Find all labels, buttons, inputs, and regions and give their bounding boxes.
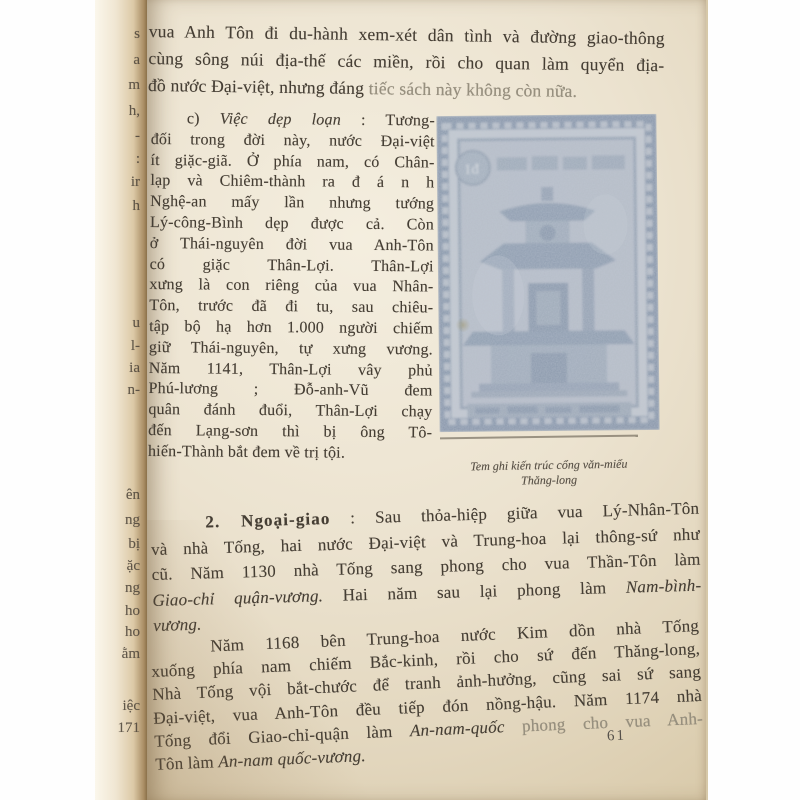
text-run: Hai năm sau lại phong làm <box>323 577 626 604</box>
text-run: Tôn làm <box>155 752 219 774</box>
stamp-caption-line2: Thăng-long <box>424 471 674 490</box>
text-run: đến Lạng-sơn thì bị ông Tô- <box>148 422 432 441</box>
text-run: cùng sông núi địa-thế các miền, rồi cho … <box>148 48 664 75</box>
text-line: lạp và Chiêm-thành ra đ á n h <box>150 171 434 194</box>
text-run: có giặc Thân-Lợi. Thân-Lợi <box>150 256 434 275</box>
page-edge-text-fragment: a <box>133 52 140 69</box>
text-run: Giao-chỉ quận-vương. <box>152 586 323 610</box>
page-edge-text-fragment: h <box>133 198 141 215</box>
text-line: Nghệ-an mấy lần nhưng tướng <box>150 192 434 215</box>
text-run: vua Anh Tôn đi du-hành xem-xét dân tình … <box>149 21 665 48</box>
text-run: quân đánh đuổi, Thân-Lợi chạy <box>148 401 432 420</box>
paragraph-top: vua Anh Tôn đi du-hành xem-xét dân tình … <box>148 18 665 106</box>
text-run: Lý-công-Bình dẹp được cả. Còn <box>150 214 434 233</box>
text-run: Năm 1141, Thân-Lợi vây phủ <box>149 360 433 379</box>
text-run: Nam-bình- <box>626 575 702 596</box>
text-line: Phú-lương ; Đỗ-anh-Vũ đem <box>148 379 432 402</box>
text-run: vương. <box>153 615 202 635</box>
text-run: giữ Thái-nguyên, tự xưng vương. <box>149 339 433 358</box>
page-edge-text-fragment: u <box>133 315 141 332</box>
text-line: c) Việc dẹp loạn : Tương- <box>151 109 435 132</box>
page-edge-text-fragment: l- <box>131 338 140 355</box>
text-run: đồ nước Đại-việt, nhưng đáng <box>148 75 369 98</box>
page-edge-text-fragment: m <box>128 77 140 94</box>
page-edge-text-fragment: ho <box>125 624 140 641</box>
text-line: ít giặc-giã. Ở phía nam, có Chân- <box>150 151 434 174</box>
text-run: Phú-lương ; Đỗ-anh-Vũ đem <box>148 380 432 399</box>
text-run: xưng là con riêng của vua Nhân- <box>149 276 433 295</box>
stamp-caption: Tem ghi kiến trúc cổng văn-miếu Thăng-lo… <box>424 456 674 490</box>
page-edge-text-fragment: : <box>136 151 140 168</box>
text-line: xưng là con riêng của vua Nhân- <box>149 275 433 298</box>
book-page: vua Anh Tôn đi du-hành xem-xét dân tình … <box>147 0 708 800</box>
paper-stain <box>455 318 471 332</box>
text-line: đến Lạng-sơn thì bị ông Tô- <box>148 421 432 444</box>
text-run: c) <box>187 110 220 127</box>
text-run: An-nam-quốc <box>410 717 505 740</box>
text-line: Năm 1141, Thân-Lợi vây phủ <box>149 359 433 382</box>
page-edge-text-fragment: n- <box>128 382 141 399</box>
text-run: An-nam quốc-vương. <box>218 746 366 771</box>
text-run: : Tương- <box>341 112 435 130</box>
page-edge-text-fragment: ặc <box>127 558 140 575</box>
text-line: Tôn, trước đã đi tu, sau chiêu- <box>149 296 433 319</box>
text-run: đối trong đời này, nước Đại-việt <box>151 131 435 150</box>
stamp-grain-texture <box>436 114 659 432</box>
book-page-photo: samh,-:irhul-ian-ênngbịặcnghohoằmiệc171 … <box>0 0 800 800</box>
page-edge-text-fragment: ia <box>129 360 140 377</box>
page-number: 61 <box>607 728 627 746</box>
page-edge-text-fragment: - <box>135 128 140 145</box>
text-line: ở Thái-nguyên đời vua Anh-Tôn <box>150 234 434 257</box>
page-edge-text-fragment: ho <box>125 603 140 620</box>
closing-paragraph: Năm 1168 bên Trung-hoa nước Kim dồn nhà … <box>150 614 704 776</box>
text-line: tập bộ hạ hơn 1.000 người chiếm <box>149 317 433 340</box>
text-run: Nghệ-an mấy lần nhưng tướng <box>150 193 434 212</box>
page-edge-text-fragment: h, <box>129 103 140 120</box>
page-edge-text-fragment: ng <box>125 580 140 597</box>
page-edge-text-fragment: 171 <box>118 720 141 737</box>
page-edge-text-fragment: iệc <box>123 698 140 715</box>
text-line: giữ Thái-nguyên, tự xưng vương. <box>149 338 433 361</box>
page-edge-text-fragment: ir <box>131 174 140 191</box>
page-edge-text-fragment: ên <box>126 487 140 504</box>
text-run: tiếc sách này không còn nữa. <box>369 78 578 101</box>
previous-page-edge: samh,-:irhul-ian-ênngbịặcnghohoằmiệc171 <box>95 0 147 800</box>
text-run: lạp và Chiêm-thành ra đ á n h <box>150 172 434 191</box>
text-line: hiến-Thành bắt đem về trị tội. <box>148 442 432 465</box>
text-line: quân đánh đuổi, Thân-Lợi chạy <box>148 400 432 423</box>
stamp-illustration: 1đ <box>436 114 659 432</box>
text-run: Tôn, trước đã đi tu, sau chiêu- <box>149 297 433 316</box>
text-run: 2. Ngoại-giao <box>205 509 331 531</box>
stamp-underline <box>440 435 638 440</box>
page-edge-text-fragment: ằm <box>122 646 140 663</box>
paragraph-dep-loan: c) Việc dẹp loạn : Tương-đối trong đời n… <box>148 109 435 465</box>
page-edge-text-fragment: s <box>134 26 140 43</box>
page-edge-text-fragment: ng <box>125 512 140 529</box>
text-run: ở Thái-nguyên đời vua Anh-Tôn <box>150 235 434 254</box>
stamp-graphic: 1đ <box>436 114 659 432</box>
text-run: hiến-Thành bắt đem về trị tội. <box>148 443 345 462</box>
text-line: đối trong đời này, nước Đại-việt <box>151 130 435 153</box>
text-line: có giặc Thân-Lợi. Thân-Lợi <box>150 255 434 278</box>
text-line: Lý-công-Bình dẹp được cả. Còn <box>150 213 434 236</box>
text-run: ít giặc-giã. Ở phía nam, có Chân- <box>150 152 434 171</box>
text-run: tập bộ hạ hơn 1.000 người chiếm <box>149 318 433 337</box>
page-edge-text-fragment: bị <box>128 536 140 553</box>
text-run: Việc dẹp loạn <box>220 111 341 129</box>
